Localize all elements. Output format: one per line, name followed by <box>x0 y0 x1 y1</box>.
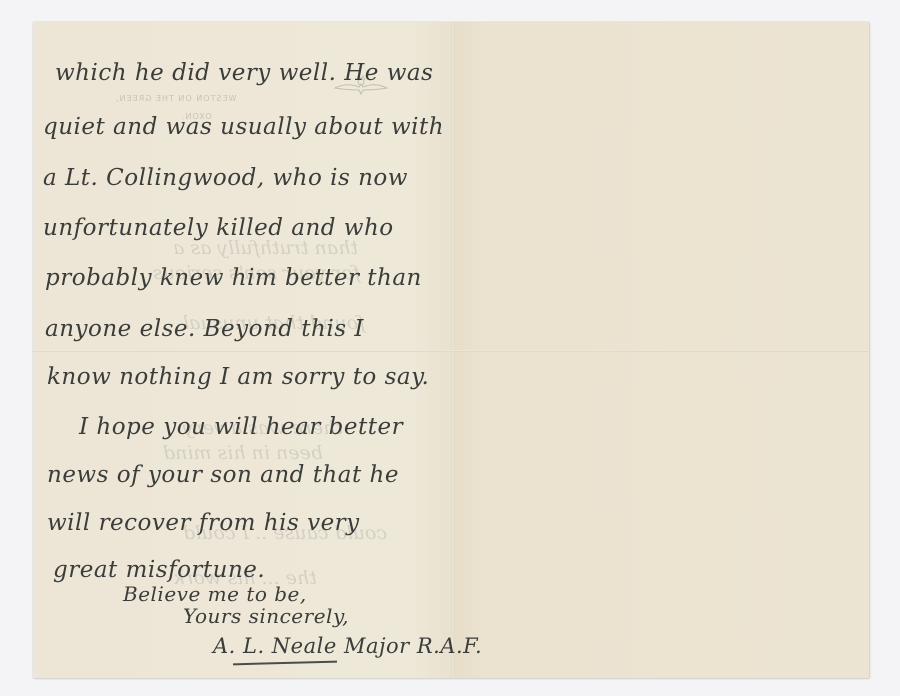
horizontal-fold-crease <box>33 350 869 352</box>
closing-yours-sincerely: Yours sincerely, <box>183 604 349 628</box>
letter-line-4: unfortunately killed and who <box>43 215 394 241</box>
letter-line-1: which he did very well. He was <box>55 60 433 86</box>
letter-line-3: a Lt. Collingwood, who is now <box>43 165 408 191</box>
signature: A. L. Neale Major R.A.F. <box>213 634 482 658</box>
letter-line-5: probably knew him better than <box>45 265 422 291</box>
bleed-through-text: been in his mind <box>163 442 323 464</box>
closing-believe-me: Believe me to be, <box>123 582 307 606</box>
letter-sheet: WESTON ON THE GREEN, OXON. than truthful… <box>33 22 869 678</box>
letter-line-10: will recover from his very <box>47 510 360 536</box>
letter-line-2: quiet and was usually about with <box>43 114 444 140</box>
letter-line-8: I hope you will hear better <box>79 414 403 440</box>
letter-line-11: great misfortune. <box>53 557 265 583</box>
letterhead-address-ghost: WESTON ON THE GREEN, <box>115 94 236 103</box>
letter-line-9: news of your son and that he <box>47 462 399 488</box>
letter-line-6: anyone else. Beyond this I <box>45 316 364 342</box>
letter-line-7: know nothing I am sorry to say. <box>47 364 429 390</box>
